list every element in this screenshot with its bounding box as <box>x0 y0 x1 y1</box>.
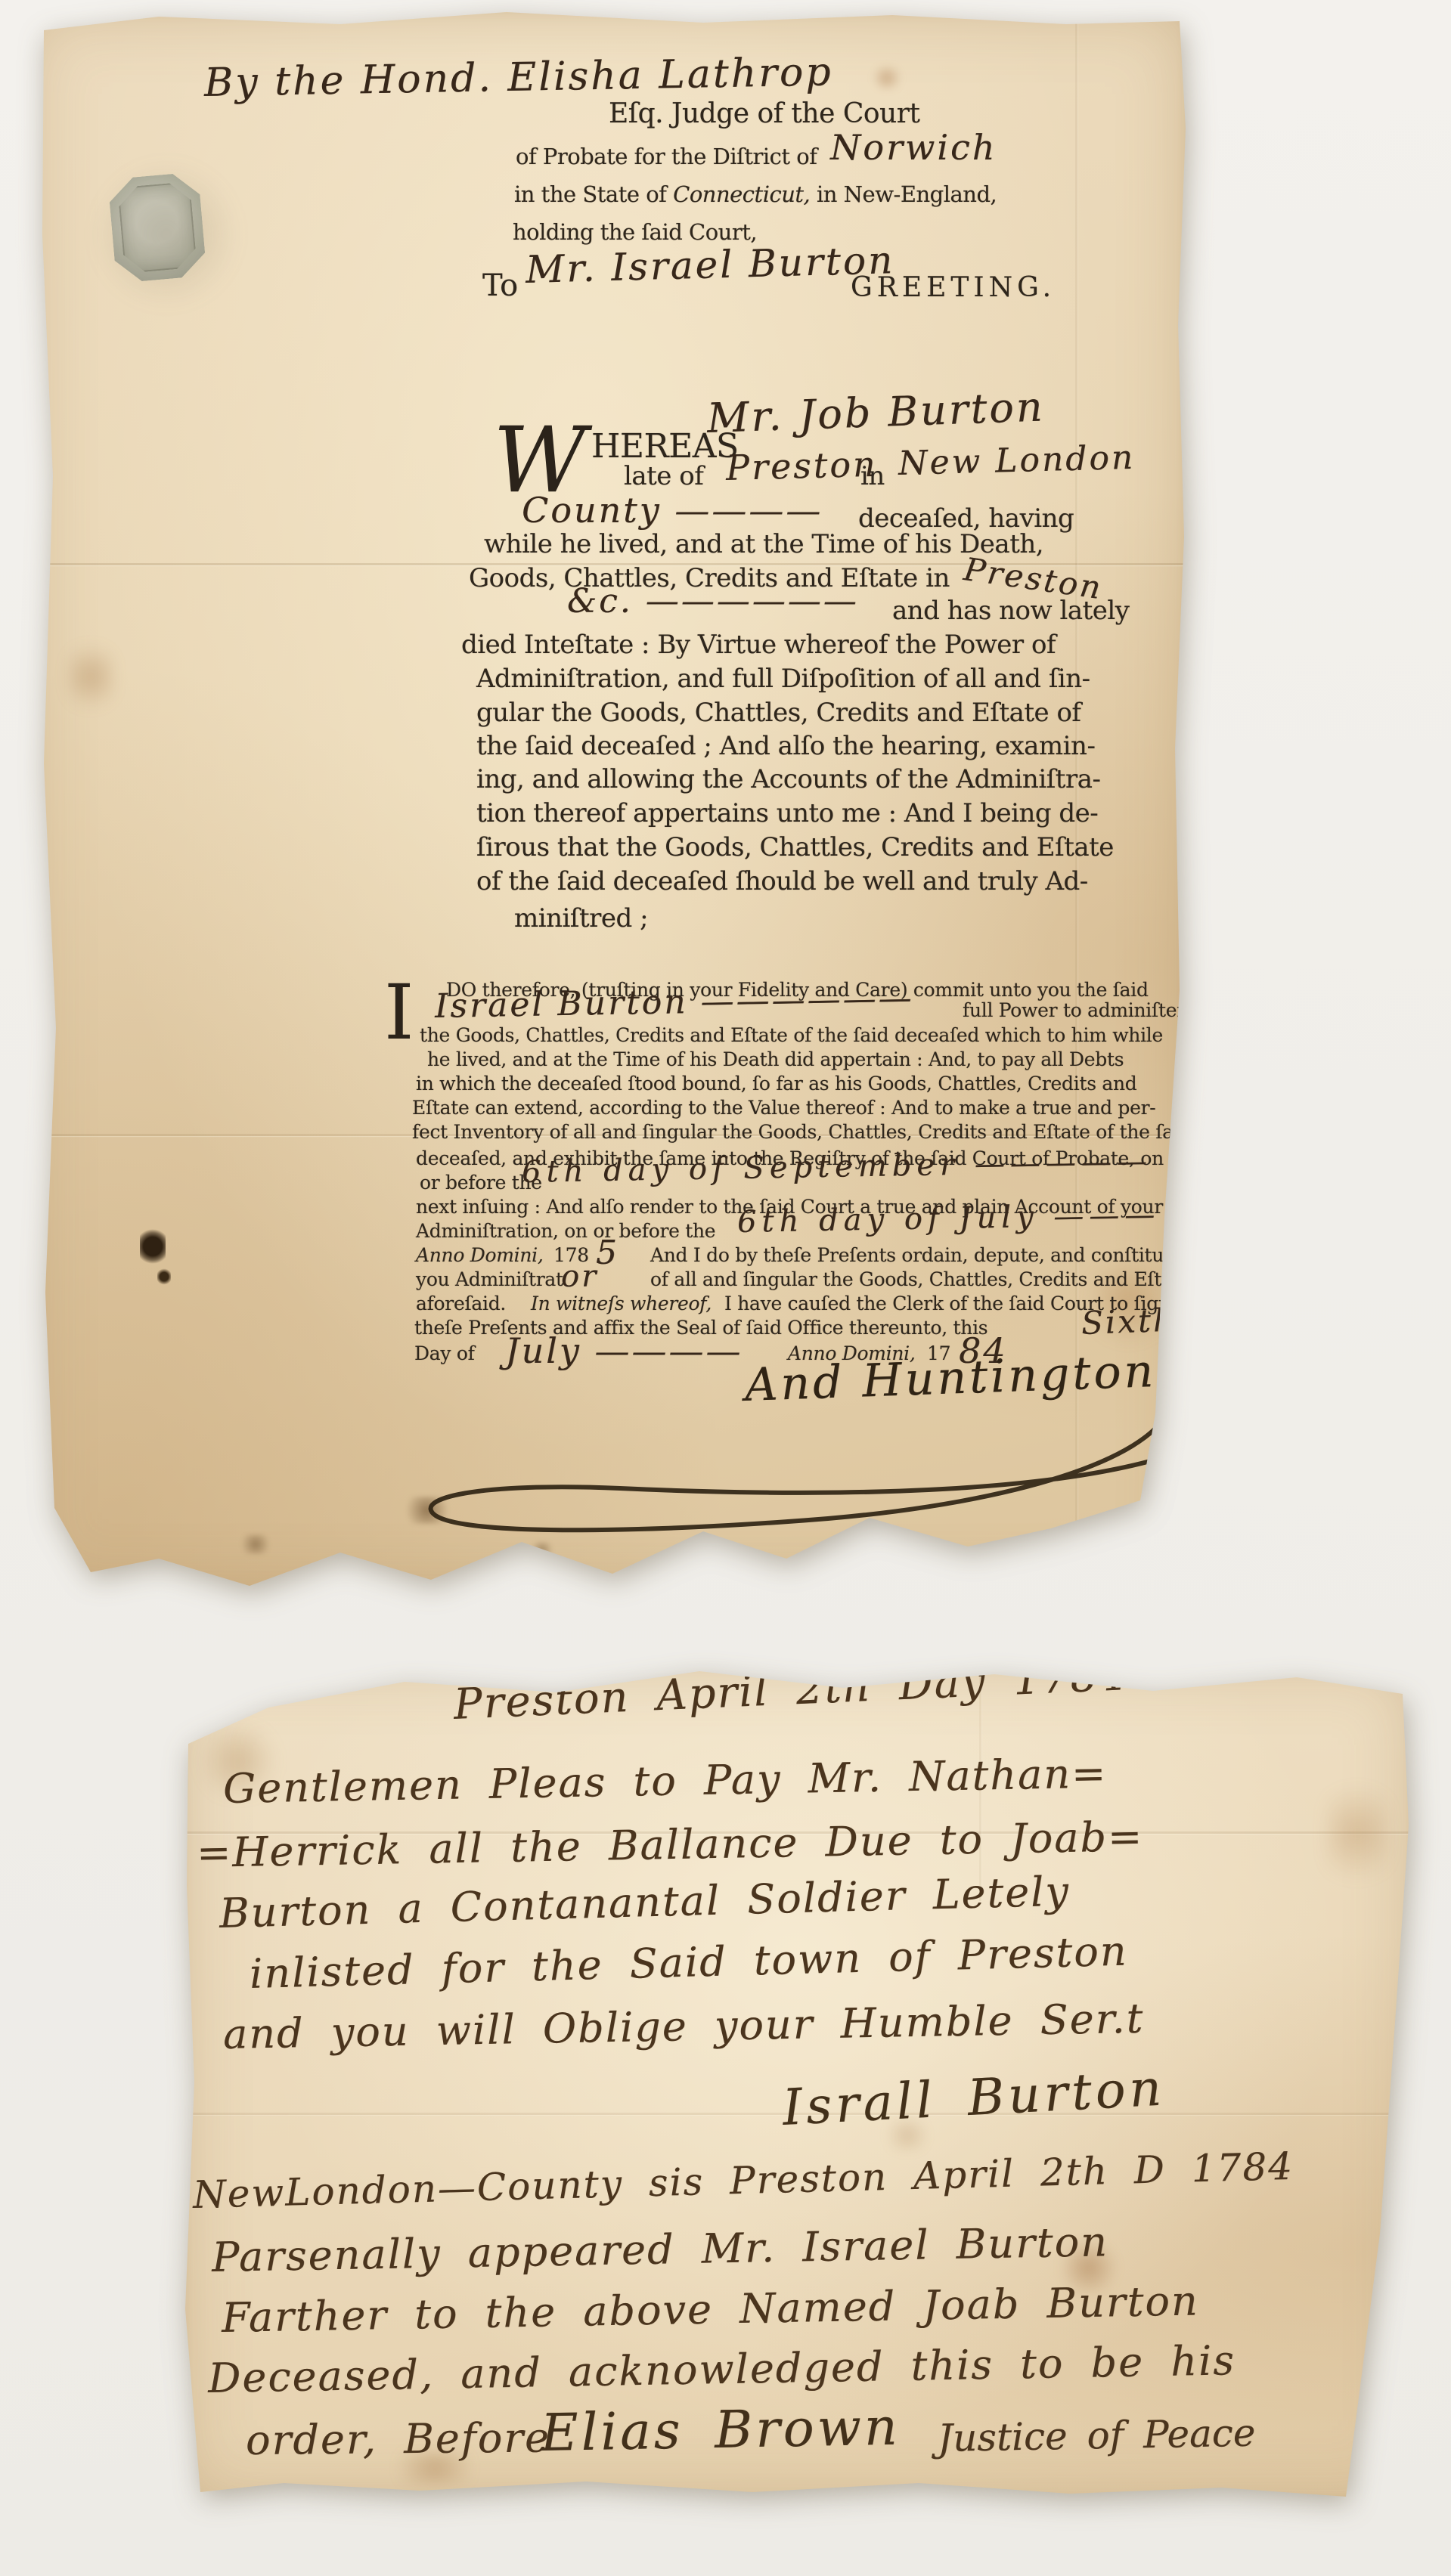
document-scan: By the Hond. Elisha Lathrop Eſq. Judge o… <box>0 0 1451 2576</box>
printed-to-label: To <box>482 268 518 303</box>
printed-italic: Connecticut, <box>673 181 810 207</box>
handwritten-line: =Herrick all the Ballance Due to Joab= <box>196 1813 1143 1877</box>
printed-line: Eſtate can extend, according to the Valu… <box>412 1097 1155 1119</box>
printed-line: died Inteſtate : By Virtue whereof the P… <box>461 630 1056 660</box>
handwritten-line: Gentlemen Pleas to Pay Mr. Nathan= <box>222 1750 1107 1813</box>
handwritten-line: and you will Oblige your Humble Ser.t <box>222 1995 1144 2058</box>
stain <box>68 635 113 718</box>
printed-line: ing, and allowing the Accounts of the Ad… <box>476 764 1100 794</box>
handwritten-line: Parsenally appeared Mr. Israel Burton <box>211 2218 1108 2281</box>
israel-burton-signature: Israll Burton <box>781 2059 1167 2137</box>
handwritten-line: order, Before <box>246 2413 551 2464</box>
printed-line: fect Inventory of all and ſingular the G… <box>412 1121 1191 1143</box>
printed-line: Adminiſtration, on or before the <box>416 1220 715 1242</box>
printed-witness-clause: In witneſs whereof, <box>531 1293 712 1314</box>
handwritten-decedent: Mr. Job Burton <box>706 382 1046 442</box>
printed-line: the Goods, Chattles, Credits and Eſtate … <box>420 1024 1163 1046</box>
printed-line: ſirous that the Goods, Chattles, Credits… <box>476 832 1114 862</box>
seal-ring <box>117 181 197 274</box>
printed-line: while he lived, and at the Time of his D… <box>484 529 1043 559</box>
printed-line: gular the Goods, Chattles, Credits and E… <box>476 698 1081 728</box>
handwritten-county-word: County ———— <box>522 490 823 531</box>
stain <box>870 67 904 89</box>
wax-wafer-seal <box>107 172 207 283</box>
handwritten-line: Burton a Contanantal Soldier Letely <box>219 1868 1070 1937</box>
printed-line: of all and ſingular the Goods, Chattles,… <box>650 1268 1191 1290</box>
printed-line: the ſaid deceaſed ; And alſo the hearing… <box>476 731 1095 761</box>
printed-line: Day of <box>414 1342 475 1364</box>
printed-greeting: GREETING. <box>851 272 1056 303</box>
stain <box>238 1534 273 1554</box>
printed-text: in the State of <box>514 181 673 207</box>
printed-line: and has now lately <box>892 596 1129 626</box>
printed-line: aforeſaid. <box>416 1293 506 1314</box>
handwritten-county-name: New London <box>898 438 1135 483</box>
handwritten-justice-title: Justice of Peace <box>937 2411 1255 2460</box>
handwritten-addressee: Mr. Israel Burton <box>525 238 895 292</box>
handwritten-line: inlisted for the Said town of Preston <box>249 1927 1128 1998</box>
paper-doc1-surface: By the Hond. Elisha Lathrop Eſq. Judge o… <box>23 8 1191 1599</box>
ink-blot <box>157 1268 171 1285</box>
handwritten-attestation-dateline: NewLondon—County sis Preston April 2th D… <box>192 2144 1294 2217</box>
printed-line: Eſq. Judge of the Court <box>609 98 919 129</box>
stain <box>1327 1773 1387 1893</box>
paper-doc2-surface: Preston April 2th Day 1784 Gentlemen Ple… <box>178 1659 1418 2506</box>
printed-anno-domini: Anno Domini, <box>416 1244 544 1266</box>
handwritten-account-date: 6th day of July ——— <box>737 1197 1161 1240</box>
handwritten-etc: &c. —————— <box>567 582 859 621</box>
handwritten-dateline: Preston April 2th Day 1784 <box>453 1651 1128 1729</box>
ink-blot <box>140 1228 166 1265</box>
dropcap-i: I <box>384 975 414 1051</box>
printed-line: Adminiſtration, and full Diſpoſition of … <box>476 664 1090 694</box>
printed-line: late of <box>624 461 703 491</box>
handwritten-administrator-name: Israel Burton —————— <box>435 979 914 1026</box>
paper-doc1: By the Hond. Elisha Lathrop Eſq. Judge o… <box>23 8 1191 1599</box>
printed-line: tion thereof appertains unto me : And I … <box>476 798 1098 828</box>
handwritten-judge-name: By the Hond. Elisha Lathrop <box>203 49 833 106</box>
printed-line: miniſtred ; <box>514 903 648 933</box>
printed-line: in the State of Connecticut, in New-Engl… <box>514 181 997 207</box>
handwritten-day-word: Sixth <box>1080 1302 1176 1342</box>
printed-line: you Adminiſtrat <box>416 1268 563 1290</box>
handwritten-or: or <box>561 1259 598 1294</box>
paper-doc2: Preston April 2th Day 1784 Gentlemen Ple… <box>178 1659 1418 2506</box>
handwritten-year-digit: 5 <box>596 1234 619 1272</box>
printed-line: of the ſaid deceaſed ſhould be well and … <box>476 866 1088 896</box>
printed-line: full Power to adminiſter <box>963 999 1186 1021</box>
printed-line: in <box>860 461 885 491</box>
justice-signature: Elias Brown <box>540 2398 901 2463</box>
printed-line: he lived, and at the Time of his Death d… <box>427 1048 1124 1070</box>
printed-line: in which the deceaſed ſtood bound, ſo fa… <box>416 1073 1137 1094</box>
printed-line: And I do by theſe Preſents ordain, deput… <box>650 1244 1182 1266</box>
printed-line: holding the ſaid Court, <box>513 219 757 245</box>
handwritten-line: Farther to the above Named Joab Burton <box>221 2277 1199 2342</box>
printed-line: of Probate for the Diſtrict of <box>516 144 817 169</box>
handwritten-district: Norwich <box>830 127 997 168</box>
handwritten-town: Preston <box>725 444 878 488</box>
handwritten-line: Deceased, and acknowledged this to be hi… <box>207 2336 1236 2402</box>
signature-flourish <box>348 1402 1217 1561</box>
handwritten-month: July ———— <box>505 1330 743 1371</box>
printed-text: in New-England, <box>810 181 997 207</box>
